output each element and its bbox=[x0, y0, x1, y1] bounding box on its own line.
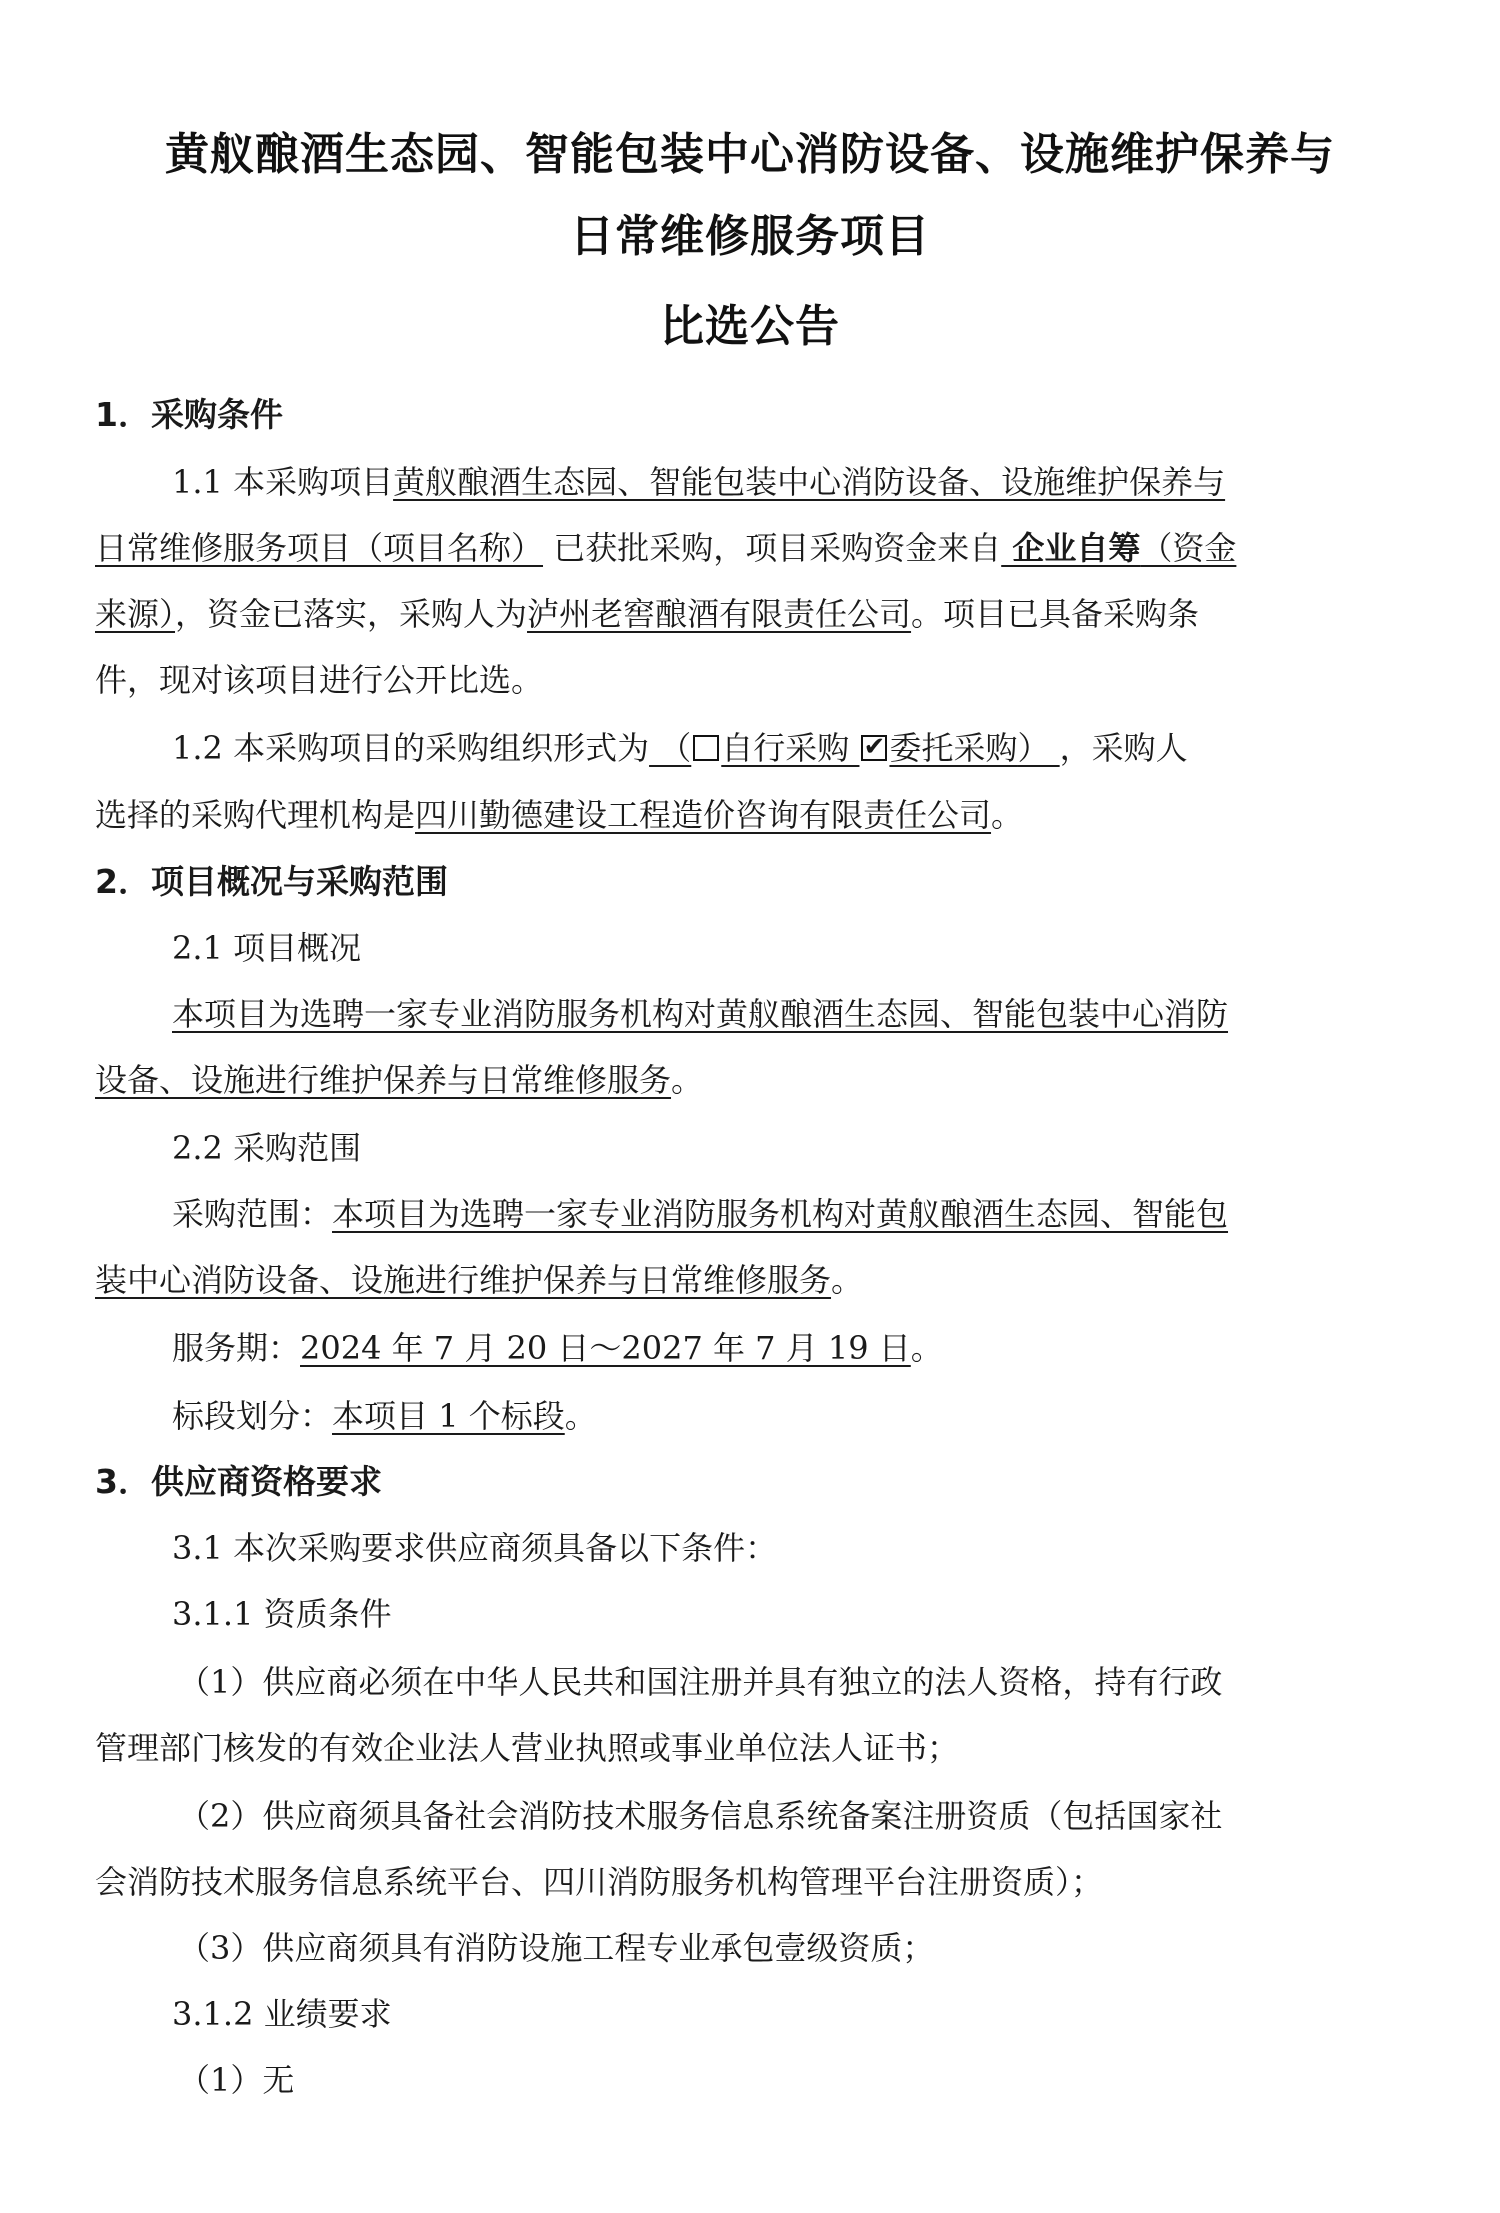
text: 已获批采购，项目采购资金来自 bbox=[543, 529, 1001, 567]
doc-title-line-3: 比选公告 bbox=[0, 290, 1500, 354]
overview-line-1: 本项目为选聘一家专业消防服务机构对黄舣酿酒生态园、智能包装中心消防 bbox=[172, 994, 1228, 1034]
fund-source: 企业自筹 bbox=[1001, 529, 1140, 567]
paren: （ bbox=[649, 729, 691, 767]
requirement-1-line-1: （1）供应商必须在中华人民共和国注册并具有独立的法人资格，持有行政 bbox=[178, 1662, 1222, 1702]
text: 1.2 本采购项目的采购组织形式为 bbox=[172, 729, 649, 767]
lots-line: 标段划分：本项目 1 个标段。 bbox=[172, 1396, 597, 1436]
text: 选择的采购代理机构是 bbox=[95, 796, 415, 834]
scope-line-1: 采购范围：本项目为选聘一家专业消防服务机构对黄舣酿酒生态园、智能包 bbox=[172, 1194, 1228, 1234]
doc-title-line-2: 日常维修服务项目 bbox=[0, 200, 1500, 264]
subsection-3-1-1: 3.1.1 资质条件 bbox=[172, 1594, 392, 1634]
section-3-heading: 3．供应商资格要求 bbox=[95, 1462, 382, 1502]
project-name-cont: 日常维修服务项目（项目名称） bbox=[95, 529, 543, 567]
requirement-2-line-1: （2）供应商须具备社会消防技术服务信息系统备案注册资质（包括国家社 bbox=[178, 1796, 1222, 1836]
procurement-form-options: （自行采购 委托采购） bbox=[649, 729, 1060, 767]
text: 1.1 本采购项目 bbox=[172, 463, 393, 501]
para-1-1-line-3: 来源），资金已落实，采购人为泸州老窖酿酒有限责任公司。项目已具备采购条 bbox=[95, 594, 1199, 634]
service-period-line: 服务期：2024 年 7 月 20 日～2027 年 7 月 19 日。 bbox=[172, 1328, 943, 1368]
subsection-2-1: 2.1 项目概况 bbox=[172, 928, 361, 968]
text: 。 bbox=[991, 796, 1023, 834]
lots-value: 本项目 1 个标段 bbox=[332, 1397, 565, 1435]
requirement-2-line-2: 会消防技术服务信息系统平台、四川消防服务机构管理平台注册资质）； bbox=[95, 1862, 1103, 1902]
checkbox-self-procurement bbox=[693, 735, 719, 761]
subsection-3-1: 3.1 本次采购要求供应商须具备以下条件： bbox=[172, 1528, 777, 1568]
purchaser-name: 泸州老窖酿酒有限责任公司 bbox=[527, 595, 911, 633]
text: 。项目已具备采购条 bbox=[911, 595, 1199, 633]
overview-line-2: 设备、设施进行维护保养与日常维修服务。 bbox=[95, 1060, 703, 1100]
para-1-1-line-2: 日常维修服务项目（项目名称） 已获批采购，项目采购资金来自 企业自筹（资金 bbox=[95, 528, 1236, 568]
requirement-1-line-2: 管理部门核发的有效企业法人营业执照或事业单位法人证书； bbox=[95, 1728, 959, 1768]
para-1-2-line-2: 选择的采购代理机构是四川勤德建设工程造价咨询有限责任公司。 bbox=[95, 795, 1023, 835]
text: ，采购人 bbox=[1060, 729, 1188, 767]
project-name: 黄舣酿酒生态园、智能包装中心消防设备、设施维护保养与 bbox=[393, 463, 1225, 501]
overview-text-cont: 设备、设施进行维护保养与日常维修服务 bbox=[95, 1061, 671, 1099]
text: 。 bbox=[831, 1261, 863, 1299]
document-page: 黄舣酿酒生态园、智能包装中心消防设备、设施维护保养与 日常维修服务项目 比选公告… bbox=[0, 0, 1500, 2213]
lots-label: 标段划分： bbox=[172, 1397, 332, 1435]
text: 。 bbox=[565, 1397, 597, 1435]
scope-text-cont: 装中心消防设备、设施进行维护保养与日常维修服务 bbox=[95, 1261, 831, 1299]
section-2-heading: 2．项目概况与采购范围 bbox=[95, 862, 448, 902]
section-1-heading: 1．采购条件 bbox=[95, 395, 283, 435]
text: ，资金已落实，采购人为 bbox=[175, 595, 527, 633]
option-entrusted-procurement: 委托采购 bbox=[889, 729, 1017, 767]
performance-requirement-1: （1）无 bbox=[178, 2060, 294, 2100]
requirement-3: （3）供应商须具有消防设施工程专业承包壹级资质； bbox=[178, 1928, 934, 1968]
overview-text: 本项目为选聘一家专业消防服务机构对黄舣酿酒生态园、智能包装中心消防 bbox=[172, 995, 1228, 1033]
fund-label-cont: 来源） bbox=[95, 595, 175, 633]
service-period-value: 2024 年 7 月 20 日～2027 年 7 月 19 日 bbox=[300, 1329, 911, 1367]
scope-line-2: 装中心消防设备、设施进行维护保养与日常维修服务。 bbox=[95, 1260, 863, 1300]
service-period-label: 服务期： bbox=[172, 1329, 300, 1367]
checkbox-entrusted-procurement-checked bbox=[861, 735, 887, 761]
text: 。 bbox=[911, 1329, 943, 1367]
para-1-1-line-1: 1.1 本采购项目黄舣酿酒生态园、智能包装中心消防设备、设施维护保养与 bbox=[172, 462, 1225, 502]
text: 。 bbox=[671, 1061, 703, 1099]
fund-label: （资金 bbox=[1140, 529, 1236, 567]
para-1-1-line-4: 件，现对该项目进行公开比选。 bbox=[95, 660, 543, 700]
subsection-3-1-2: 3.1.2 业绩要求 bbox=[172, 1994, 392, 2034]
subsection-2-2: 2.2 采购范围 bbox=[172, 1128, 361, 1168]
option-self-procurement: 自行采购 bbox=[721, 729, 859, 767]
scope-label: 采购范围： bbox=[172, 1195, 332, 1233]
para-1-2-line-1: 1.2 本采购项目的采购组织形式为 （自行采购 委托采购） ，采购人 bbox=[172, 728, 1188, 768]
agency-name: 四川勤德建设工程造价咨询有限责任公司 bbox=[415, 796, 991, 834]
paren: ） bbox=[1017, 729, 1059, 767]
scope-text: 本项目为选聘一家专业消防服务机构对黄舣酿酒生态园、智能包 bbox=[332, 1195, 1228, 1233]
doc-title-line-1: 黄舣酿酒生态园、智能包装中心消防设备、设施维护保养与 bbox=[0, 118, 1500, 182]
